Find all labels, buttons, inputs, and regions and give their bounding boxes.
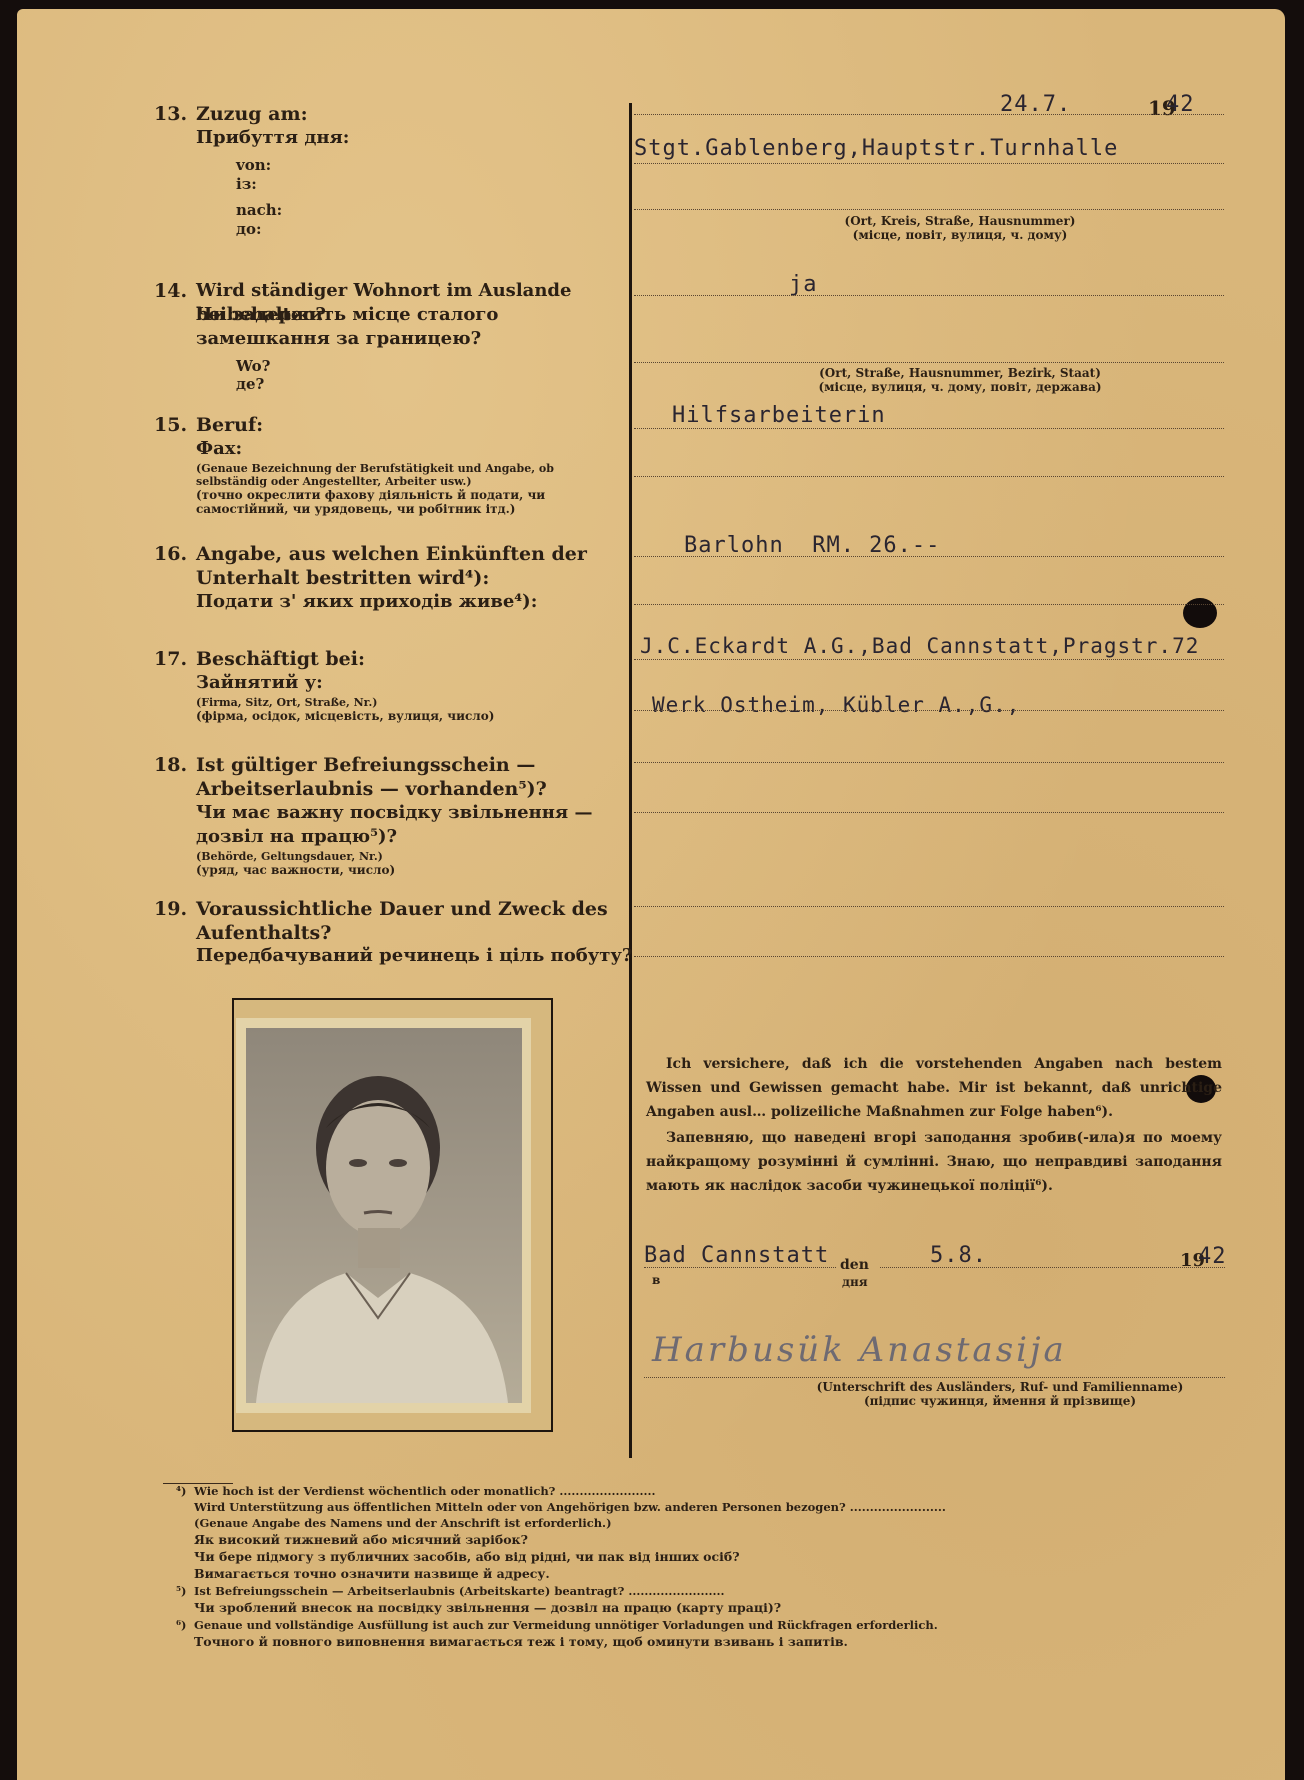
passport-photo [246, 1028, 522, 1403]
den-label-de: den [840, 1257, 869, 1273]
q14-label-uk: Чи задержить місце сталого замешкання за… [196, 303, 611, 351]
signature-date[interactable]: 5.8. [930, 1243, 987, 1268]
signature-caption-de: (Unterschrift des Ausländers, Ruf- und F… [760, 1380, 1240, 1394]
q18-line-1 [634, 762, 1224, 763]
q14-where-de: Wo? [236, 356, 270, 376]
footnote-6-line-2: Точного й повного виповнення вимагається… [194, 1634, 848, 1650]
q17-label-de: Beschäftigt bei: [196, 647, 365, 671]
q18-line-2 [634, 812, 1224, 813]
footnote-5-line-1: Ist Befreiungsschein — Arbeitserlaubnis … [194, 1583, 725, 1599]
q17-note-uk: (фірма, осідок, місцевість, вулиця, числ… [196, 709, 494, 723]
q17-note-de: (Firma, Sitz, Ort, Straße, Nr.) [196, 696, 377, 709]
q13-to-line [634, 209, 1224, 210]
q19-number: 19. [154, 898, 187, 920]
q18-label-uk: Чи має важну посвідку звільнення — дозві… [196, 801, 611, 849]
footnote-5-line-2: Чи зроблений внесок на посвідку звільнен… [194, 1600, 781, 1616]
q18-note-de: (Behörde, Geltungsdauer, Nr.) [196, 850, 383, 863]
date-line [880, 1267, 1225, 1268]
q16-label-uk: Подати з' яких приходів живе⁴): [196, 590, 537, 614]
q13-from-line [634, 163, 1224, 164]
footnote-4-line-2: Wird Unterstützung aus öffentlichen Mitt… [194, 1499, 946, 1515]
q13-label-de: Zuzug am: [196, 102, 308, 126]
applicant-signature[interactable]: Harbusük Anastasija [652, 1330, 1067, 1370]
q15-label-de: Beruf: [196, 413, 263, 437]
q16-income[interactable]: Barlohn RM. 26.-- [684, 533, 940, 558]
signature-line [644, 1377, 1225, 1378]
signature-place[interactable]: Bad Cannstatt [644, 1243, 829, 1268]
portrait-icon [246, 1028, 522, 1403]
q18-number: 18. [154, 754, 187, 776]
den-label-uk: дня [842, 1275, 868, 1289]
footnote-4-line-1: Wie hoch ist der Verdienst wöchentlich o… [194, 1483, 656, 1499]
q13-from-uk: із: [236, 174, 257, 194]
q17-line-2 [634, 710, 1224, 711]
q15-note-de: (Genaue Bezeichnung der Berufstätigkeit … [196, 462, 611, 488]
declaration-de: Ich versichere, daß ich die vorstehenden… [646, 1052, 1222, 1124]
q16-line-2 [634, 604, 1224, 605]
q16-label-de: Angabe, aus welchen Einkünften der Unter… [196, 542, 611, 590]
footnote-4-marker: ⁴) [176, 1483, 186, 1499]
q15-line-1 [634, 428, 1224, 429]
q16-line-1 [634, 556, 1224, 557]
q17-employer-line-1[interactable]: J.C.Eckardt A.G.,Bad Cannstatt,Pragstr.7… [640, 634, 1199, 658]
q19-line-2 [634, 956, 1224, 957]
column-divider [629, 103, 632, 1458]
q18-label-de: Ist gültiger Befreiungsschein — Arbeitse… [196, 753, 611, 801]
place-line [644, 1267, 836, 1268]
q18-note-uk: (уряд, час важности, число) [196, 863, 395, 877]
q19-label-de: Voraussichtliche Dauer und Zweck des Auf… [196, 897, 611, 945]
q17-line-1 [634, 659, 1224, 660]
q13-caption-uk: (місце, повіт, вулиця, ч. дому) [700, 228, 1220, 242]
q13-date-line [634, 114, 1224, 115]
q14-caption-de: (Ort, Straße, Hausnummer, Bezirk, Staat) [700, 366, 1220, 380]
q14-answer-line [634, 295, 1224, 296]
q13-caption-de: (Ort, Kreis, Straße, Hausnummer) [700, 214, 1220, 228]
place-label-uk: в [652, 1273, 660, 1287]
punch-hole-upper [1183, 598, 1217, 628]
q15-line-2 [634, 476, 1224, 477]
q19-line-1 [634, 906, 1224, 907]
q15-label-uk: Фах: [196, 437, 242, 461]
q13-from-de: von: [236, 155, 271, 175]
q17-employer-line-2[interactable]: Werk Ostheim, Kübler A.,G., [652, 693, 1020, 717]
q15-number: 15. [154, 414, 187, 436]
q13-to-uk: до: [236, 219, 262, 239]
q15-occupation[interactable]: Hilfsarbeiterin [672, 403, 886, 428]
footnote-4-line-4: Як високий тижневий або місячний зарібок… [194, 1532, 528, 1548]
footnote-4-line-5: Чи бере підмогу з публичних засобів, або… [194, 1549, 740, 1565]
q14-number: 14. [154, 280, 187, 302]
q14-caption-uk: (місце, вулиця, ч. дому, повіт, держава) [700, 380, 1220, 394]
q13-from-address[interactable]: Stgt.Gablenberg,Hauptstr.Turnhalle [634, 136, 1118, 161]
q14-where-line [634, 362, 1224, 363]
q16-number: 16. [154, 543, 187, 565]
footnote-5-marker: ⁵) [176, 1583, 186, 1599]
declaration-uk: Запевняю, що наведені вгорі заподання зр… [646, 1126, 1222, 1198]
footnote-6-line-1: Genaue und vollständige Ausfüllung ist a… [194, 1617, 938, 1633]
q19-label-uk: Передбачуваний речинець і ціль побуту? [196, 944, 632, 968]
signature-caption-uk: (підпис чужинця, ймення й прізвище) [760, 1394, 1240, 1408]
q13-to-de: nach: [236, 200, 282, 220]
signature-year[interactable]: 42 [1198, 1244, 1227, 1269]
footnote-4-line-6: Вимагається точно означити назвище й адр… [194, 1566, 550, 1582]
q17-number: 17. [154, 648, 187, 670]
q17-label-uk: Зайнятий у: [196, 671, 323, 695]
q13-label-uk: Прибуття дня: [196, 126, 349, 150]
q15-note-uk: (точно окреслити фахову діяльність й под… [196, 488, 611, 516]
q13-number: 13. [154, 103, 187, 125]
footnote-4-line-3: (Genaue Angabe des Namens und der Anschr… [194, 1515, 612, 1531]
q14-answer[interactable]: ja [789, 272, 818, 297]
footnote-6-marker: ⁶) [176, 1617, 186, 1633]
q14-where-uk: де? [236, 374, 264, 394]
